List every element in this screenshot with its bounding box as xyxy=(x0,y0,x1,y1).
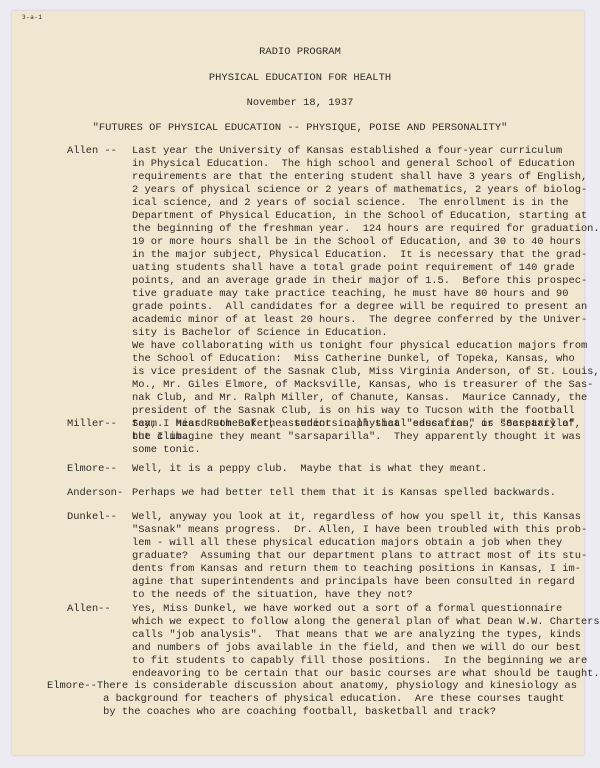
speech-text: Elmore--There is considerable discussion… xyxy=(47,680,577,719)
speech-body: There is considerable discussion about a… xyxy=(47,680,577,718)
speaker-label: Allen-- xyxy=(67,603,111,616)
program-date: November 18, 1937 xyxy=(0,97,600,109)
document-title: RADIO PROGRAM xyxy=(0,46,600,58)
speech-text: Well, it is a peppy club. Maybe that is … xyxy=(132,463,487,476)
speech-text: Last year the University of Kansas estab… xyxy=(132,145,600,444)
program-topic: "FUTURES OF PHYSICAL EDUCATION -- PHYSIQ… xyxy=(0,122,600,134)
speaker-label: Allen -- xyxy=(67,145,117,158)
speaker-label: Anderson- xyxy=(67,487,123,500)
speaker-label: Elmore-- xyxy=(67,463,117,476)
speaker-label: Elmore-- xyxy=(47,680,97,692)
program-subtitle: PHYSICAL EDUCATION FOR HEALTH xyxy=(0,72,600,84)
speech-text: Well, anyway you look at it, regardless … xyxy=(132,511,587,602)
speech-text: Yes, Miss Dunkel, we have worked out a s… xyxy=(132,603,600,681)
speech-text: Say, I heard some of the students call t… xyxy=(132,418,581,457)
archive-mark: 3-a-1 xyxy=(22,14,43,21)
speech-text: Perhaps we had better tell them that it … xyxy=(132,487,556,500)
speaker-label: Dunkel-- xyxy=(67,511,117,524)
speaker-label: Miller-- xyxy=(67,418,117,431)
